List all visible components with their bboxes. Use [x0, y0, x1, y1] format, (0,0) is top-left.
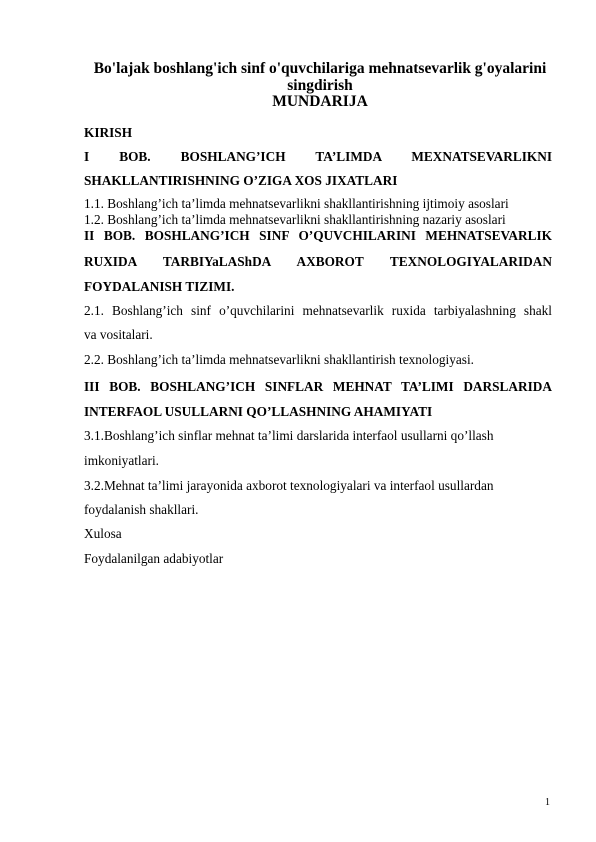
toc-chapter-1-line-1: I BOB. BOSHLANG’ICH TA’LIMDA MEXNATSEVAR… — [84, 149, 552, 165]
toc-conclusion: Xulosa — [84, 526, 552, 542]
toc-section-2-1-line-1: 2.1. Boshlang’ich sinf o’quvchilarini me… — [84, 303, 552, 319]
toc-section-3-2-line-2: foydalanish shakllari. — [84, 502, 552, 518]
toc-chapter-1-line-2: SHAKLLANTIRISHNING O’ZIGA XOS JIXATLARI — [84, 173, 552, 189]
toc-section-3-1-line-1: 3.1.Boshlang’ich sinflar mehnat ta’limi … — [84, 428, 552, 444]
title-line-1: Bo'lajak boshlang'ich sinf o'quvchilarig… — [80, 60, 560, 77]
toc-references: Foydalanilgan adabiyotlar — [84, 551, 552, 567]
toc-chapter-2-line-2: RUXIDA TARBIYaLAShDA AXBOROT TEXNOLOGIYA… — [84, 254, 552, 270]
toc-section-2-2: 2.2. Boshlang’ich ta’limda mehnatsevarli… — [84, 352, 552, 368]
toc-section-1-1: 1.1. Boshlang’ich ta’limda mehnatsevarli… — [84, 196, 552, 212]
toc-chapter-2-line-1: II BOB. BOSHLANG’ICH SINF O’QUVCHILARINI… — [84, 228, 552, 244]
toc-section-3-2-line-1: 3.2.Mehnat ta’limi jarayonida axborot te… — [84, 478, 552, 494]
contents-heading: MUNDARIJA — [80, 93, 560, 110]
toc-section-2-1-line-2: va vositalari. — [84, 327, 552, 343]
toc-chapter-3-line-1: III BOB. BOSHLANG’ICH SINFLAR MEHNAT TA’… — [84, 379, 552, 395]
title-line-2: singdirish — [80, 77, 560, 94]
toc-introduction: KIRISH — [84, 125, 552, 141]
page-number: 1 — [545, 797, 550, 808]
toc-chapter-3-line-2: INTERFAOL USULLARNI QO’LLASHNING AHAMIYA… — [84, 404, 552, 420]
toc-section-1-2: 1.2. Boshlang’ich ta’limda mehnatsevarli… — [84, 212, 552, 228]
document-title: Bo'lajak boshlang'ich sinf o'quvchilarig… — [80, 60, 560, 94]
toc-chapter-2-line-3: FOYDALANISH TIZIMI. — [84, 279, 552, 295]
toc-section-3-1-line-2: imkoniyatlari. — [84, 453, 552, 469]
